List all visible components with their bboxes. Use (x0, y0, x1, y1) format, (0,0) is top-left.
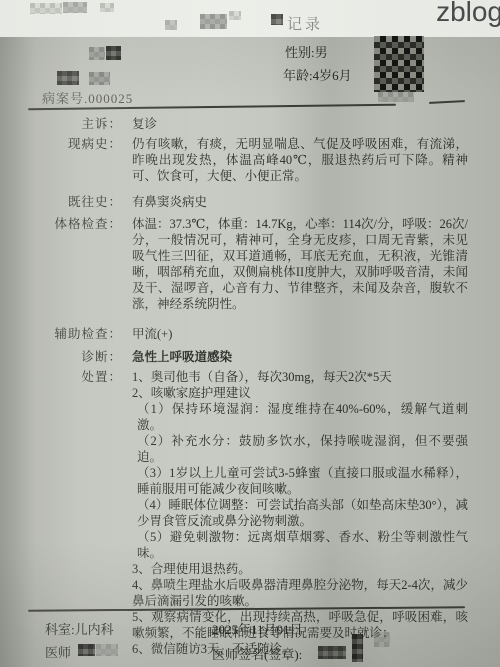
medical-record-photo: 记录 zblog 性别:男 年龄:4岁6月 病案号.000025 主诉： 复诊 … (0, 0, 500, 667)
plan-line: （4）睡眠体位调整：可尝试抬高头部（如垫高床垫30°），减少胃食管反流或鼻分泌物… (132, 497, 468, 529)
plan-lines: 1、奥司他韦（自备），每次30mg，每天2次*5天 2、咳嗽家庭护理建议 （1）… (122, 369, 468, 657)
doctor-name-redaction (96, 644, 118, 656)
department: 科室:儿内科 (45, 619, 114, 638)
plan-line: 2、咳嗽家庭护理建议 (132, 385, 468, 401)
signature-redaction (374, 632, 390, 647)
redaction-block (57, 71, 79, 85)
plan-line: （3）1岁以上儿童可尝试3-5蜂蜜（直接口服或温水稀释），睡前服用可能减少夜间咳… (132, 465, 468, 497)
header-divider-segment (429, 100, 465, 104)
plan-line: 1、奥司他韦（自备），每次30mg，每天2次*5天 (132, 369, 468, 385)
plan-line: 4、鼻喷生理盐水后吸鼻器清理鼻腔分泌物，每天2-4次，减少鼻后滴漏引发的咳嗽。 (132, 577, 468, 609)
field-label: 既往史： (30, 194, 122, 210)
field-label: 诊断： (30, 349, 122, 365)
document-title-fragment: 记录 (287, 13, 323, 34)
doctor-name-redaction (78, 644, 95, 656)
plan-line: （5）避免刺激物：远离烟草烟雾、香水、粉尘等刺激性气味。 (132, 529, 468, 561)
redaction-block (106, 46, 121, 60)
field-label: 处置： (30, 369, 122, 385)
redaction-block (63, 2, 87, 13)
field-label: 体格检查： (30, 216, 122, 232)
plan-line: （2）补充水分：鼓励多饮水，保持喉咙湿润，但不要强迫。 (132, 433, 468, 465)
field-value: 体温：37.3℃，体重：14.7Kg，心率：114次/分，呼吸：26次/分，一般… (122, 216, 468, 312)
record-row-plan: 处置： 1、奥司他韦（自备），每次30mg，每天2次*5天 2、咳嗽家庭护理建议… (30, 369, 468, 657)
field-value: 仍有咳嗽，有痰，无明显喘息、气促及呼吸困难，有流涕，昨晚出现发热，体温高峰40℃… (122, 136, 468, 184)
redaction-block (165, 20, 177, 30)
field-value: 甲流(+) (122, 326, 468, 342)
plan-line: （1）保持环境湿润：湿度维持在40%-60%，缓解气道刺激。 (132, 401, 468, 433)
record-row-chief-complaint: 主诉： 复诊 (30, 116, 468, 132)
record-row-physical-exam: 体格检查： 体温：37.3℃，体重：14.7Kg，心率：114次/分，呼吸：26… (30, 216, 468, 312)
signature-redaction (352, 634, 363, 662)
redaction-block (229, 11, 241, 20)
record-row-auxiliary-exam: 辅助检查： 甲流(+) (30, 326, 468, 342)
redaction-block (89, 72, 110, 85)
plan-line: 3、合理使用退热药。 (132, 561, 468, 577)
patient-age: 年龄:4岁6月 (283, 65, 352, 84)
visit-date: 2025年11月01日 (212, 619, 303, 638)
case-number: 病案号.000025 (42, 88, 133, 107)
watermark-logo: zblog (436, 0, 500, 28)
qr-code-redacted (374, 36, 424, 92)
record-row-past-history: 既往史： 有鼻窦炎病史 (30, 194, 468, 210)
signature-label: 医师签名(签章): (212, 644, 302, 663)
record-row-present-illness: 现病史： 仍有咳嗽，有痰，无明显喘息、气促及呼吸困难，有流涕，昨晚出现发热，体温… (30, 136, 468, 184)
diagnosis-value: 急性上呼吸道感染 (122, 349, 468, 365)
redaction-block (200, 14, 227, 29)
redaction-block (30, 3, 62, 14)
signature-redaction (318, 646, 346, 659)
field-label: 辅助检查： (30, 326, 122, 342)
doctor-label: 医师 (45, 642, 71, 661)
record-body: 主诉： 复诊 现病史： 仍有咳嗽，有痰，无明显喘息、气促及呼吸困难，有流涕，昨晚… (30, 116, 468, 657)
field-value: 有鼻窦炎病史 (122, 194, 468, 210)
redaction-block (89, 47, 105, 60)
patient-gender: 性别:男 (285, 42, 328, 61)
redaction-block (100, 3, 114, 12)
field-value: 复诊 (122, 116, 468, 132)
field-label: 现病史： (30, 136, 122, 152)
field-label: 主诉： (30, 116, 122, 132)
redaction-block (378, 92, 414, 102)
record-row-diagnosis: 诊断： 急性上呼吸道感染 (30, 349, 468, 365)
redaction-block (271, 14, 283, 25)
